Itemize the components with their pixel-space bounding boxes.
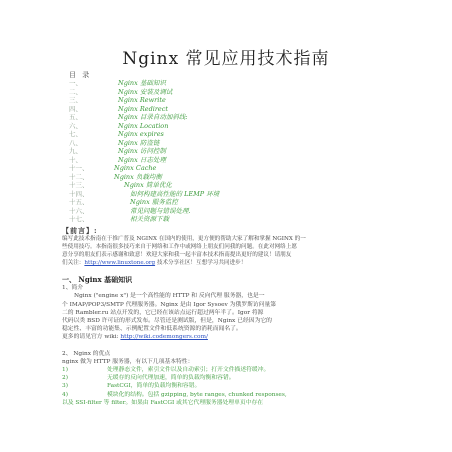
toc-item[interactable]: 五、Nginx 目录自动加斜线:: [69, 113, 369, 122]
toc-item-label[interactable]: Nginx Location: [118, 122, 168, 131]
toc-item-label[interactable]: 相关资源下载: [130, 215, 169, 224]
feature-item: 2)无缓存的反向代理加速，简单的负载均衡和容错。: [62, 374, 392, 382]
preface: 【前言】: 编写此技术指南在于推广普及 NGINX 在国内的使用，更方便的帮助大…: [62, 227, 392, 267]
toc-item-number: 十六、: [69, 207, 89, 216]
toc-item-number: 十七、: [69, 215, 89, 224]
feature-text: FastCGI，简单的负载均衡和容错。: [107, 383, 200, 389]
toc-item[interactable]: 七、Nginx expires: [69, 130, 369, 139]
toc-item[interactable]: 三、Nginx Rewrite: [69, 96, 369, 105]
preface-line: 编写此技术指南在于推广普及 NGINX 在国内的使用，更方便的帮助大家了解和掌握…: [62, 235, 392, 243]
toc-item[interactable]: 十四、如何构建高性能的 LEMP 环境: [69, 190, 369, 199]
section-heading: 一、 Nginx 基础知识: [62, 276, 392, 284]
toc-item-label[interactable]: 如何构建高性能的 LEMP 环境: [130, 190, 219, 199]
preface-heading: 【前言】:: [62, 227, 392, 235]
toc-item-number: 八、: [69, 139, 82, 148]
toc-item[interactable]: 六、Nginx Location: [69, 122, 369, 131]
subsection-heading: 2、 Nginx 的优点: [62, 350, 392, 358]
toc-item-label[interactable]: Nginx 服务监控: [130, 198, 178, 207]
feature-list: 1)处理静态文件，索引文件以及自动索引；打开文件描述符缓冲。2)无缓存的反向代理…: [62, 366, 392, 399]
toc-item[interactable]: 十五、Nginx 服务监控: [69, 198, 369, 207]
toc-item-number: 十一、: [69, 164, 89, 173]
toc-item-label[interactable]: Nginx 访问控制: [118, 147, 166, 156]
toc-item[interactable]: 一、Nginx 基础知识: [69, 79, 369, 88]
feature-item: 1)处理静态文件，索引文件以及自动索引；打开文件描述符缓冲。: [62, 366, 392, 374]
feature-number: 2): [62, 374, 107, 382]
subsection-heading: 1、简介: [62, 284, 392, 292]
toc-item[interactable]: 八、Nginx 防盗链: [69, 139, 369, 148]
paragraph-line: 以及 SSI-filter 等 filter。如果由 FastCGI 或其它代理…: [62, 399, 392, 407]
toc-item-label[interactable]: Nginx expires: [118, 130, 164, 139]
preface-line: 们关注：http://www.linuxtone.org 技术分享社区！互想学习…: [62, 259, 392, 267]
toc-item-label[interactable]: Nginx 基础知识: [118, 79, 166, 88]
linuxtone-link[interactable]: http://www.linuxtone.org: [84, 260, 155, 266]
toc-item[interactable]: 十二、Nginx 负载均衡: [69, 173, 369, 182]
feature-number: 1): [62, 366, 107, 374]
toc-item-number: 十、: [69, 156, 82, 165]
toc-item-number: 二、: [69, 88, 82, 97]
toc-item-number: 六、: [69, 122, 82, 131]
toc-item[interactable]: 十三、Nginx 简单优化: [69, 181, 369, 190]
paragraph-line: nginx 做为 HTTP 服务器，有以下几项基本特性：: [62, 358, 392, 366]
toc-item-label[interactable]: Nginx 日志处理: [118, 156, 166, 165]
section-basics: 一、 Nginx 基础知识 1、简介 Nginx ("engine x") 是一…: [62, 276, 392, 407]
toc-item[interactable]: 十六、常见问题与错误处理.: [69, 207, 369, 216]
preface-text: 技术分享社区！互想学习共同进步！: [155, 260, 246, 266]
toc-item-label[interactable]: Nginx 安装及调试: [118, 88, 172, 97]
toc-item-number: 五、: [69, 113, 82, 122]
toc-item-label[interactable]: Nginx Cache: [114, 164, 156, 173]
toc-item[interactable]: 四、Nginx Redirect: [69, 105, 369, 114]
preface-line: 些使用技巧。本指南很多技巧来自于网络和工作中或网络上朋友们问我的问题。在此对网络…: [62, 243, 392, 251]
toc-item[interactable]: 九、Nginx 访问控制: [69, 147, 369, 156]
preface-text: 们关注：: [62, 260, 84, 266]
toc-item-label[interactable]: Nginx Rewrite: [118, 96, 166, 105]
feature-item: 3)FastCGI，简单的负载均衡和容错。: [62, 382, 392, 390]
toc-item-number: 十二、: [69, 173, 89, 182]
paragraph-text: 更多的请见官方 wiki:: [62, 334, 120, 340]
paragraph-line: 稳定性、丰富的功能集、示例配置文件和低系统资源的消耗而闻名了。: [62, 325, 392, 333]
feature-number: 4): [62, 391, 107, 399]
toc-item[interactable]: 二、Nginx 安装及调试: [69, 88, 369, 97]
toc-item-number: 四、: [69, 105, 82, 114]
paragraph-line: 更多的请见官方 wiki: http://wiki.codemongers.co…: [62, 333, 392, 341]
paragraph-line: 个 IMAP/POP3/SMTP 代理服务器。Nginx 是由 Igor Sys…: [62, 301, 392, 309]
spacer: [62, 342, 392, 350]
toc-item-number: 三、: [69, 96, 82, 105]
feature-text: 无缓存的反向代理加速，简单的负载均衡和容错。: [107, 375, 235, 381]
feature-number: 3): [62, 382, 107, 390]
toc-item-number: 十四、: [69, 190, 89, 199]
toc-item[interactable]: 十、Nginx 日志处理: [69, 156, 369, 165]
document-title: Nginx 常见应用技术指南: [0, 44, 452, 69]
toc-item-number: 十五、: [69, 198, 89, 207]
toc-item-label[interactable]: Nginx 简单优化: [124, 181, 172, 190]
toc-item-label[interactable]: 常见问题与错误处理.: [130, 207, 191, 216]
feature-text: 处理静态文件，索引文件以及自动索引；打开文件描述符缓冲。: [107, 367, 269, 373]
preface-line: 意分享的朋友们表示感谢和致意！欢迎大家和我一起丰富本技术指南提出更好的建议！请朋…: [62, 251, 392, 259]
toc-item-number: 一、: [69, 79, 82, 88]
toc-item-label[interactable]: Nginx 防盗链: [118, 139, 159, 148]
toc-item-number: 十三、: [69, 181, 89, 190]
toc-item[interactable]: 十一、Nginx Cache: [69, 164, 369, 173]
feature-text: 模块化的结构。包括 gzipping, byte ranges, chunked…: [107, 392, 287, 398]
toc-item-label[interactable]: Nginx Redirect: [118, 105, 168, 114]
toc-item[interactable]: 十七、相关资源下载: [69, 215, 369, 224]
table-of-contents: 一、Nginx 基础知识二、Nginx 安装及调试三、Nginx Rewrite…: [69, 79, 369, 224]
document-page: Nginx 常见应用技术指南 目 录 一、Nginx 基础知识二、Nginx 安…: [0, 0, 452, 452]
toc-item-label[interactable]: Nginx 负载均衡: [114, 173, 162, 182]
feature-item: 4)模块化的结构。包括 gzipping, byte ranges, chunk…: [62, 391, 392, 399]
toc-item-label[interactable]: Nginx 目录自动加斜线:: [118, 113, 188, 122]
paragraph-line: Nginx ("engine x") 是一个高性能的 HTTP 和 反向代理 服…: [62, 292, 392, 300]
toc-item-number: 九、: [69, 147, 82, 156]
paragraph-line: 代码以类 BSD 许可证的形式发布。尽管还是测试版，但是，Nginx 已经因为它…: [62, 317, 392, 325]
paragraph-line: 二的 Rambler.ru 站点开发的，它已经在该站点运行超过两年半了。Igor…: [62, 309, 392, 317]
wiki-link[interactable]: http://wiki.codemongers.com/: [120, 334, 208, 340]
toc-item-number: 七、: [69, 130, 82, 139]
